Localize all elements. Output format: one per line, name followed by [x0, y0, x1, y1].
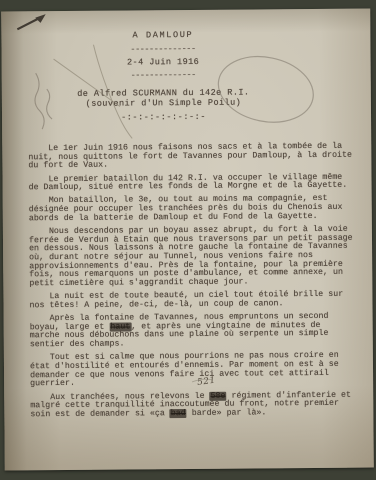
struck-word: bad	[170, 409, 187, 418]
paragraph: Tout est si calme que nous pourrions ne …	[30, 352, 354, 389]
paragraph-text: Nous descendons par un boyau assez abrup…	[29, 225, 353, 288]
paragraph-text: La nuit est de toute beauté, un ciel tou…	[29, 290, 343, 310]
pen-mark-icon	[17, 16, 43, 29]
paragraph: Mon bataillon, le 3e, ou tout au moins m…	[29, 195, 353, 224]
paragraph-text: Tout est si calme que nous pourrions ne …	[30, 351, 339, 388]
separator-line: --------------	[2, 70, 325, 82]
separator-line: --------------	[1, 44, 324, 56]
paragraphs: Le 1er Juin 1916 nous faisons nos sacs e…	[28, 143, 354, 425]
paragraph: Après la fontaine de Tavannes, nous empr…	[30, 313, 354, 350]
paragraph: La nuit est de toute beauté, un ciel tou…	[29, 291, 353, 311]
header-date: 2-4 Juin 1916	[2, 57, 325, 69]
header-subtitle: (souvenir d'Un Simple Poilu)	[2, 98, 325, 109]
paragraph-text: barde» par là».	[187, 408, 267, 418]
header-place-title: A DAMLOUP	[1, 30, 324, 42]
paragraph-text: Le 1er Juin 1916 nous faisons nos sacs e…	[28, 142, 352, 171]
paragraph: Nous descendons par un boyau assez abrup…	[29, 226, 353, 289]
document-header: A DAMLOUP -------------- 2-4 Juin 1916 -…	[1, 30, 325, 124]
page-content: A DAMLOUP -------------- 2-4 Juin 1916 -…	[1, 9, 374, 471]
scanned-page: A DAMLOUP -------------- 2-4 Juin 1916 -…	[1, 9, 374, 471]
paragraph-text: Le premier bataillon du 142 R.I. va occu…	[29, 172, 348, 192]
paragraph: Le premier bataillon du 142 R.I. va occu…	[28, 173, 352, 193]
paragraph-text: Mon bataillon, le 3e, ou tout au moins m…	[29, 194, 343, 223]
paragraph: Le 1er Juin 1916 nous faisons nos sacs e…	[28, 143, 352, 172]
paragraph: Aux tranchées, nous relevons le 58e régi…	[30, 391, 354, 420]
separator-colon-line: -:-:-:-:-:-:-:-	[2, 112, 325, 124]
